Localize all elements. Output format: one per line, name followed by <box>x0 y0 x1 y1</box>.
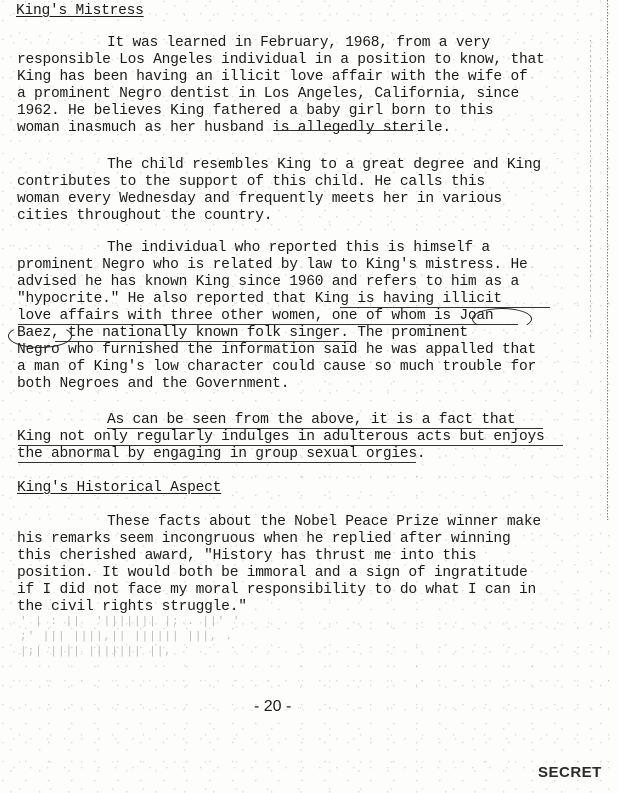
hand-underline <box>275 130 413 131</box>
paragraph-line: King has been having an illicit love aff… <box>17 69 527 86</box>
paragraph-line: prominent Negro who is related by law to… <box>17 257 527 274</box>
paragraph-line: advised he has known King since 1960 and… <box>17 274 519 291</box>
paragraph-line: the civil rights struggle." <box>17 599 247 616</box>
scan-edge-line <box>607 0 608 520</box>
hand-underline <box>18 445 563 446</box>
paragraph-line: the abnormal by engaging in group sexual… <box>17 446 425 463</box>
paragraph-line: woman every Wednesday and frequently mee… <box>17 191 502 208</box>
paragraph-line: "hypocrite." He also reported that King … <box>17 291 502 308</box>
paragraph-line: both Negroes and the Government. <box>17 376 289 393</box>
paragraph-line: a prominent Negro dentist in Los Angeles… <box>17 86 519 103</box>
paragraph-line: his remarks seem incongruous when he rep… <box>17 531 510 548</box>
hand-circle-annotation <box>472 308 532 330</box>
hand-circle-annotation <box>8 324 72 348</box>
paragraph-line: 1962. He believes King fathered a baby g… <box>17 103 493 120</box>
hand-underline <box>18 324 518 325</box>
paragraph-line: Baez, the nationally known folk singer. … <box>17 325 468 342</box>
hand-underline <box>18 462 416 463</box>
document-page: King's Mistress It was learned in Februa… <box>0 0 618 793</box>
scan-edge-line-secondary <box>590 40 591 340</box>
hand-underline <box>55 341 355 342</box>
paragraph-line: The individual who reported this is hims… <box>107 240 490 257</box>
paragraph-line: It was learned in February, 1968, from a… <box>107 35 490 52</box>
section-heading-historical-aspect: King's Historical Aspect <box>17 480 221 497</box>
paragraph-line: These facts about the Nobel Peace Prize … <box>107 514 541 531</box>
paragraph-line: love affairs with three other women, one… <box>17 308 493 325</box>
bleed-through-text: ;' ||| ||||,|| |||||| |||, . <box>20 631 233 643</box>
paragraph-line: contributes to the support of this child… <box>17 174 485 191</box>
page-number: - 20 - <box>254 698 291 716</box>
paragraph-line: King not only regularly indulges in adul… <box>17 429 544 446</box>
section-heading-kings-mistress: King's Mistress <box>16 3 144 20</box>
paragraph-line: Negro who furnished the information said… <box>17 342 536 359</box>
paragraph-line: a man of King's low character could caus… <box>17 359 536 376</box>
hand-underline <box>107 428 543 429</box>
hand-underline <box>340 307 550 308</box>
paragraph-line: position. It would both be immoral and a… <box>17 565 527 582</box>
paragraph-line: woman inasmuch as her husband is alleged… <box>17 120 451 137</box>
paragraph-line: cities throughout the country. <box>17 208 272 225</box>
paragraph-line: responsible Los Angeles individual in a … <box>17 52 544 69</box>
paragraph-line: As can be seen from the above, it is a f… <box>107 412 515 429</box>
classification-stamp: SECRET <box>538 764 602 781</box>
bleed-through-text: ' | : || '||||||| |; . ||' ' <box>20 616 240 628</box>
paragraph-line: this cherished award, "History has thrus… <box>17 548 476 565</box>
paragraph-line: The child resembles King to a great degr… <box>107 157 541 174</box>
bleed-through-text: |;| |||| ||||||| ||, <box>20 646 172 658</box>
paragraph-line: if I did not face my moral responsibilit… <box>17 582 536 599</box>
